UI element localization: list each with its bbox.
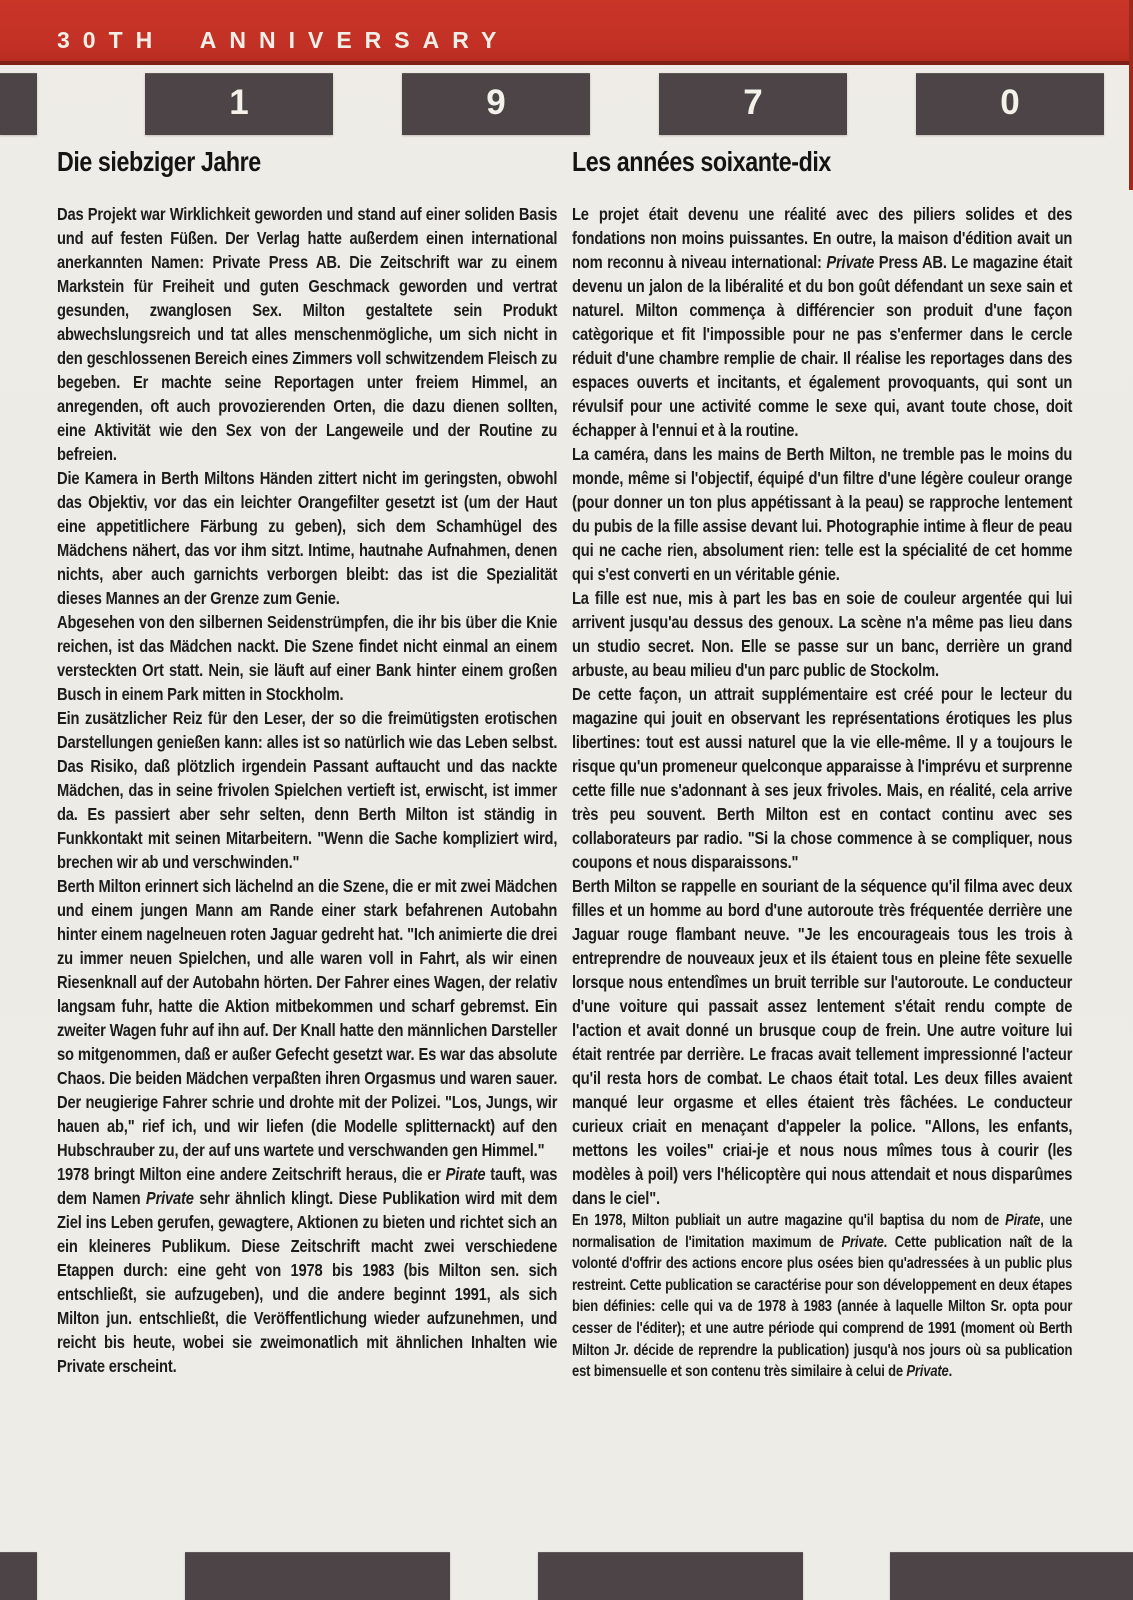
film-frame — [890, 1552, 1133, 1600]
french-paragraph-1: Le projet était devenu une réalité avec … — [572, 202, 1072, 442]
anniversary-banner: 30TH ANNIVERSARY — [0, 0, 1133, 65]
french-paragraph-5: Berth Milton se rappelle en souriant de … — [572, 874, 1072, 1210]
french-heading: Les années soixante-dix — [572, 146, 1072, 178]
german-column: Die siebziger Jahre Das Projekt war Wirk… — [57, 146, 557, 1378]
french-paragraph-4: De cette façon, un attrait supplémentair… — [572, 682, 1072, 874]
film-frame-year-9: 9 — [402, 73, 590, 135]
german-paragraph-6: 1978 bringt Milton eine andere Zeitschri… — [57, 1162, 557, 1378]
film-frame-year-7: 7 — [659, 73, 847, 135]
german-paragraph-1: Das Projekt war Wirklichkeit geworden un… — [57, 202, 557, 466]
magazine-page: 30TH ANNIVERSARY 1 9 7 0 Die siebziger J… — [0, 0, 1133, 1600]
french-paragraph-6: En 1978, Milton publiait un autre magazi… — [572, 1210, 1072, 1383]
filmstrip-top: 1 9 7 0 — [0, 73, 1133, 135]
french-paragraph-2: La caméra, dans les mains de Berth Milto… — [572, 442, 1072, 586]
french-column: Les années soixante-dix Le projet était … — [572, 146, 1072, 1383]
film-frame — [538, 1552, 803, 1600]
year-digit-0: 0 — [916, 73, 1104, 133]
film-frame-partial — [0, 1552, 37, 1600]
film-frame-partial — [0, 73, 37, 135]
german-heading: Die siebziger Jahre — [57, 146, 557, 178]
banner-title: 30TH ANNIVERSARY — [57, 27, 509, 54]
german-paragraph-3: Abgesehen von den silbernen Seidenstrümp… — [57, 610, 557, 706]
filmstrip-bottom — [0, 1552, 1133, 1600]
german-paragraph-5: Berth Milton erinnert sich lächelnd an d… — [57, 874, 557, 1162]
film-frame-year-0: 0 — [916, 73, 1104, 135]
film-frame-year-1: 1 — [145, 73, 333, 135]
german-paragraph-4: Ein zusätzlicher Reiz für den Leser, der… — [57, 706, 557, 874]
year-digit-7: 7 — [659, 73, 847, 133]
french-paragraph-3: La fille est nue, mis à part les bas en … — [572, 586, 1072, 682]
german-paragraph-2: Die Kamera in Berth Miltons Händen zitte… — [57, 466, 557, 610]
year-digit-9: 9 — [402, 73, 590, 133]
film-frame — [185, 1552, 450, 1600]
scan-edge-artifact — [1129, 0, 1133, 190]
year-digit-1: 1 — [145, 73, 333, 133]
